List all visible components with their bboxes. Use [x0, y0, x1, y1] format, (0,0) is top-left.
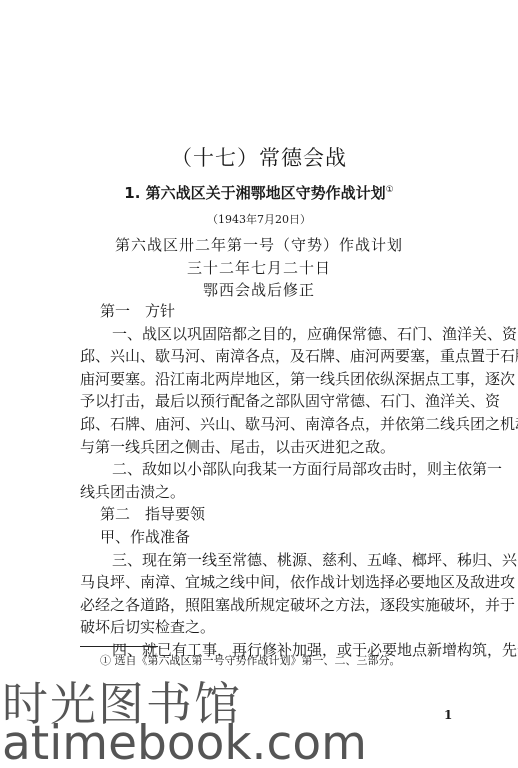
body-line: 破坏后切实检查之。: [80, 616, 440, 638]
body-line: 庙河要塞。沿江南北两岸地区，第一线兵团依纵深据点工事，逐次: [80, 368, 440, 390]
body-line: 三、现在第一线至常德、桃源、慈利、五峰、榔坪、秭归、兴山、: [112, 549, 440, 571]
plan-date: 三十二年七月二十日: [0, 257, 518, 278]
body-line: 邱、石牌、庙河、兴山、歇马河、南漳各点，并依第二线兵团之机动: [80, 413, 440, 435]
section-subheading: 第一 方针: [100, 300, 400, 322]
section-number: 1.: [124, 184, 140, 202]
plan-revision: 鄂西会战后修正: [0, 279, 518, 300]
footnote: ① 选自《第六战区第一号守势作战计划》第一、二、三部分。: [100, 652, 401, 668]
section-date: （1943年7月20日）: [0, 211, 518, 227]
body-line: 与第一线兵团之侧击、尾击，以击灭进犯之敌。: [80, 436, 440, 458]
body-line: 马良坪、南漳、宜城之线中间，依作战计划选择必要地区及敌进攻: [80, 571, 440, 593]
footnote-marker[interactable]: ①: [386, 185, 394, 195]
body-line: 予以打击，最后以预行配备之部队固守常德、石门、渔洋关、资: [80, 390, 440, 412]
body-line: 一、战区以巩固陪都之目的，应确保常德、石门、渔洋关、资: [112, 323, 440, 345]
plan-title: 第六战区卅二年第一号（守势）作战计划: [0, 234, 518, 255]
body-line: 线兵团击溃之。: [80, 481, 440, 503]
section-subheading: 甲、作战准备: [100, 526, 400, 548]
watermark-url: atimebook.com: [2, 716, 367, 768]
chapter-title: （十七）常德会战: [0, 142, 518, 172]
page-number: 1: [444, 708, 452, 722]
body-line: 二、敌如以小部队向我某一方面行局部攻击时，则主依第一: [112, 458, 440, 480]
footnote-divider: [80, 646, 158, 647]
section-title: 第六战区关于湘鄂地区守势作战计划: [146, 184, 386, 202]
body-line: 邱、兴山、歇马河、南漳各点，及石牌、庙河两要塞，重点置于石牌、: [80, 345, 440, 367]
section-subheading: 第二 指导要领: [100, 503, 400, 525]
section-heading: 1. 第六战区关于湘鄂地区守势作战计划①: [0, 182, 518, 203]
body-line: 必经之各道路，照阻塞战所规定破坏之方法，逐段实施破坏，并于: [80, 594, 440, 616]
